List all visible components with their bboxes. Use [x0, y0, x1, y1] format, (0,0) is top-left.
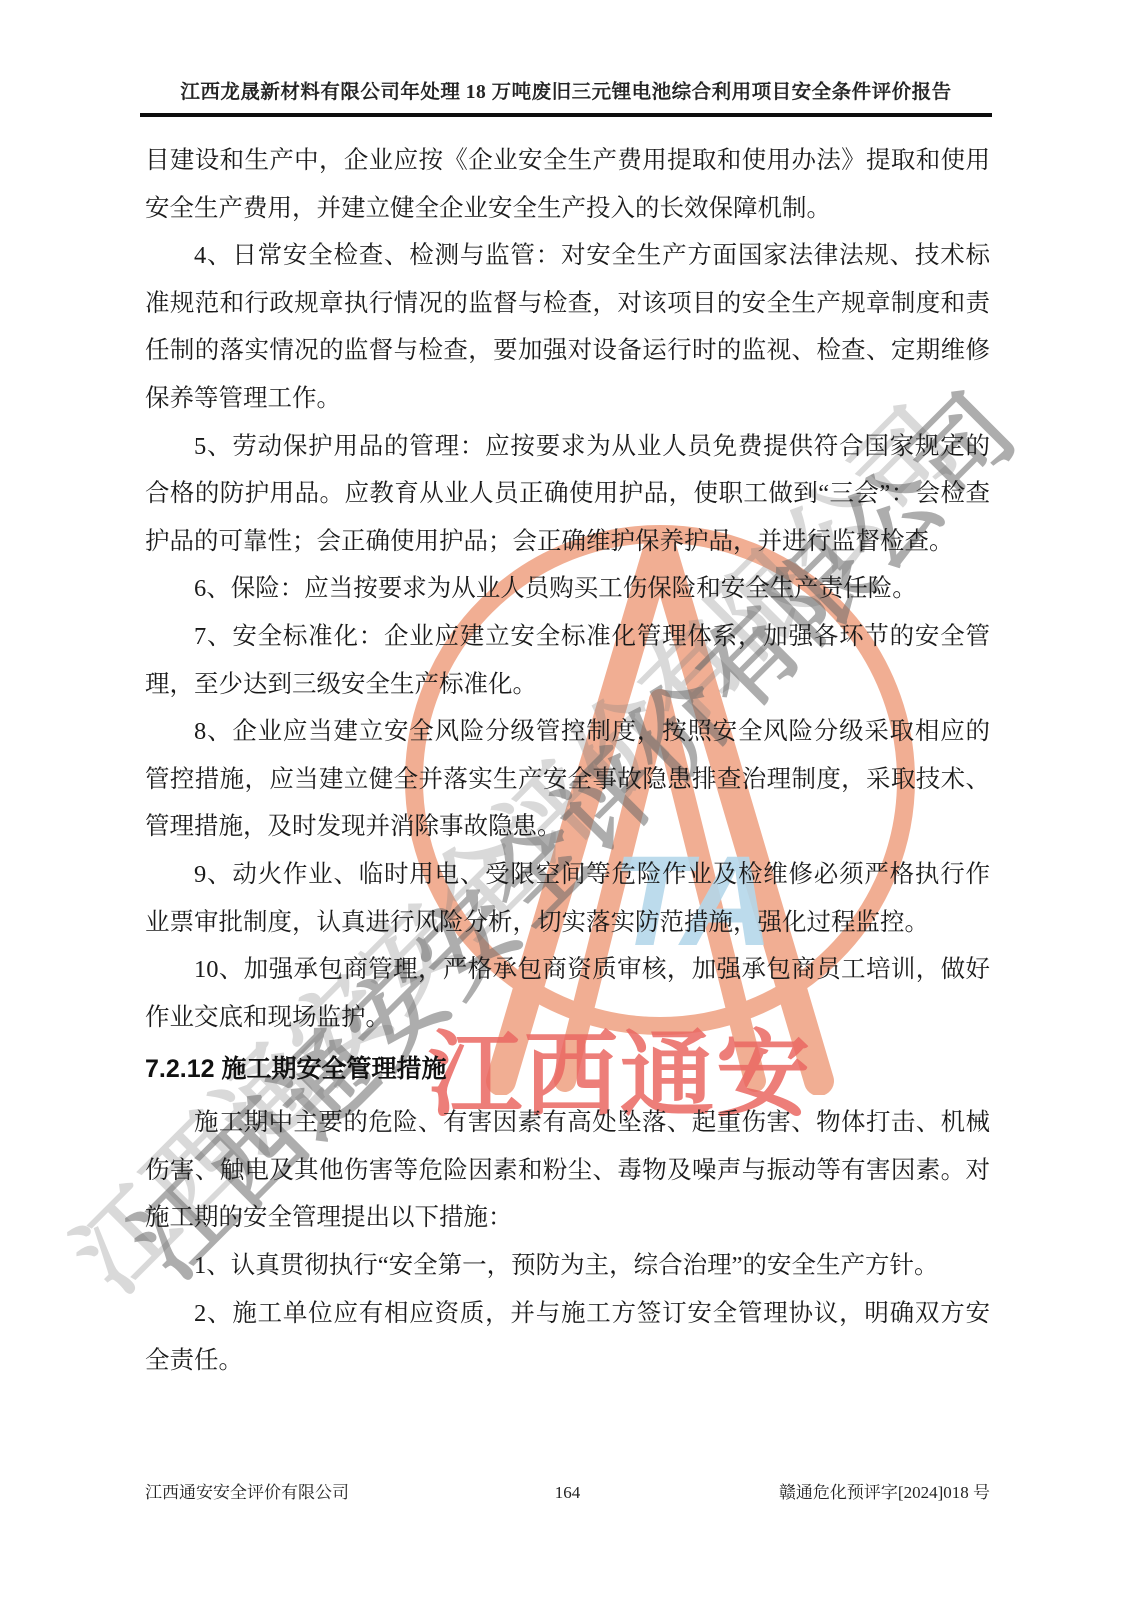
body-paragraph: 目建设和生产中，企业应按《企业安全生产费用提取和使用办法》提取和使用安全生产费用… — [145, 137, 990, 232]
body-paragraph: 4、日常安全检查、检测与监管：对安全生产方面国家法律法规、技术标准规范和行政规章… — [145, 232, 990, 422]
footer-page-number: 164 — [427, 1483, 709, 1503]
section-heading: 7.2.12 施工期安全管理措施 — [145, 1049, 990, 1089]
body-paragraph: 7、安全标准化：企业应建立安全标准化管理体系，加强各环节的安全管理，至少达到三级… — [145, 613, 990, 708]
footer-doc-number: 赣通危化预评字[2024]018 号 — [708, 1478, 990, 1503]
body-paragraph: 2、施工单位应有相应资质，并与施工方签订安全管理协议，明确双方安全责任。 — [145, 1290, 990, 1385]
body-paragraph: 8、企业应当建立安全风险分级管控制度，按照安全风险分级采取相应的管控措施，应当建… — [145, 708, 990, 851]
document-page: TA 江西通安安全评价有限公司 江西通安安全评价有限公司 江西通安 江西龙晟新材… — [0, 0, 1131, 1600]
footer-company: 江西通安安全评价有限公司 — [145, 1478, 427, 1503]
document-body: 目建设和生产中，企业应按《企业安全生产费用提取和使用办法》提取和使用安全生产费用… — [145, 137, 990, 1385]
page-footer: 江西通安安全评价有限公司 164 赣通危化预评字[2024]018 号 — [145, 1478, 990, 1503]
body-paragraph: 10、加强承包商管理，严格承包商资质审核，加强承包商员工培训，做好作业交底和现场… — [145, 946, 990, 1041]
body-paragraph: 6、保险：应当按要求为从业人员购买工伤保险和安全生产责任险。 — [145, 565, 990, 613]
body-paragraph: 1、认真贯彻执行“安全第一，预防为主，综合治理”的安全生产方针。 — [145, 1242, 990, 1290]
body-paragraph: 9、动火作业、临时用电、受限空间等危险作业及检维修必须严格执行作业票审批制度，认… — [145, 851, 990, 946]
page-header-title: 江西龙晟新材料有限公司年处理 18 万吨废旧三元锂电池综合利用项目安全条件评价报… — [140, 76, 992, 117]
body-paragraph: 施工期中主要的危险、有害因素有高处坠落、起重伤害、物体打击、机械伤害、触电及其他… — [145, 1099, 990, 1242]
body-paragraph: 5、劳动保护用品的管理：应按要求为从业人员免费提供符合国家规定的合格的防护用品。… — [145, 423, 990, 566]
